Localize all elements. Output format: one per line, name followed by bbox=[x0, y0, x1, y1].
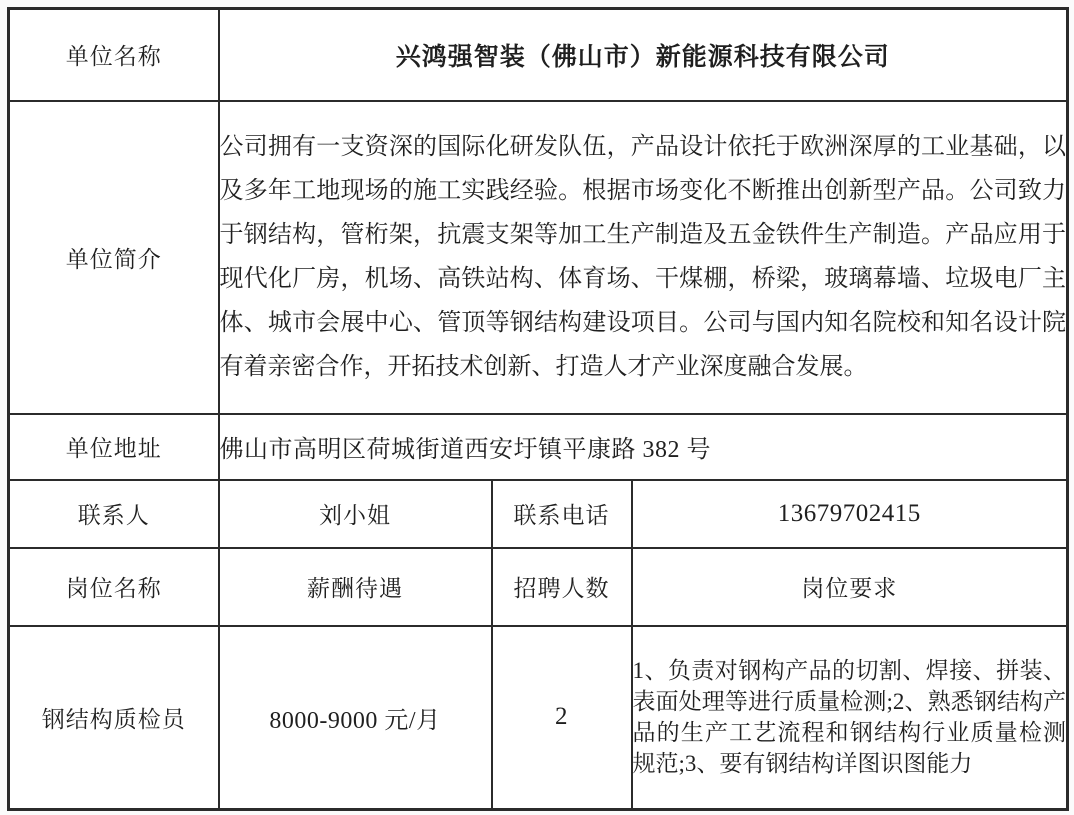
company-intro-row: 单位简介 公司拥有一支资深的国际化研发队伍，产品设计依托于欧洲深厚的工业基础，以… bbox=[9, 101, 1068, 414]
job-row: 钢结构质检员 8000-9000 元/月 2 1、负责对钢构产品的切割、焊接、拼… bbox=[9, 626, 1068, 810]
job-header-row: 岗位名称 薪酬待遇 招聘人数 岗位要求 bbox=[9, 548, 1068, 626]
job-title-value: 钢结构质检员 bbox=[9, 626, 219, 810]
job-requirements-value: 1、负责对钢构产品的切割、焊接、拼装、表面处理等进行质量检测;2、熟悉钢结构产品… bbox=[632, 626, 1068, 810]
recruitment-document-page: 单位名称 兴鸿强智装（佛山市）新能源科技有限公司 单位简介 公司拥有一支资深的国… bbox=[0, 0, 1074, 815]
job-headcount-value: 2 bbox=[492, 626, 632, 810]
contact-row: 联系人 刘小姐 联系电话 13679702415 bbox=[9, 480, 1068, 548]
job-headcount-header: 招聘人数 bbox=[492, 548, 632, 626]
company-address-label: 单位地址 bbox=[9, 414, 219, 480]
company-intro-text: 公司拥有一支资深的国际化研发队伍，产品设计依托于欧洲深厚的工业基础，以及多年工地… bbox=[219, 101, 1068, 414]
job-requirements-header: 岗位要求 bbox=[632, 548, 1068, 626]
contact-phone-label: 联系电话 bbox=[492, 480, 632, 548]
company-address-row: 单位地址 佛山市高明区荷城街道西安圩镇平康路 382 号 bbox=[9, 414, 1068, 480]
company-name-row: 单位名称 兴鸿强智装（佛山市）新能源科技有限公司 bbox=[9, 9, 1068, 101]
contact-phone-value: 13679702415 bbox=[632, 480, 1068, 548]
contact-person-label: 联系人 bbox=[9, 480, 219, 548]
company-name-label: 单位名称 bbox=[9, 9, 219, 101]
job-salary-value: 8000-9000 元/月 bbox=[219, 626, 492, 810]
recruitment-info-table: 单位名称 兴鸿强智装（佛山市）新能源科技有限公司 单位简介 公司拥有一支资深的国… bbox=[7, 7, 1069, 811]
company-intro-label: 单位简介 bbox=[9, 101, 219, 414]
contact-person-value: 刘小姐 bbox=[219, 480, 492, 548]
company-address-value: 佛山市高明区荷城街道西安圩镇平康路 382 号 bbox=[219, 414, 1068, 480]
company-name-value: 兴鸿强智装（佛山市）新能源科技有限公司 bbox=[219, 9, 1068, 101]
job-salary-header: 薪酬待遇 bbox=[219, 548, 492, 626]
job-title-header: 岗位名称 bbox=[9, 548, 219, 626]
